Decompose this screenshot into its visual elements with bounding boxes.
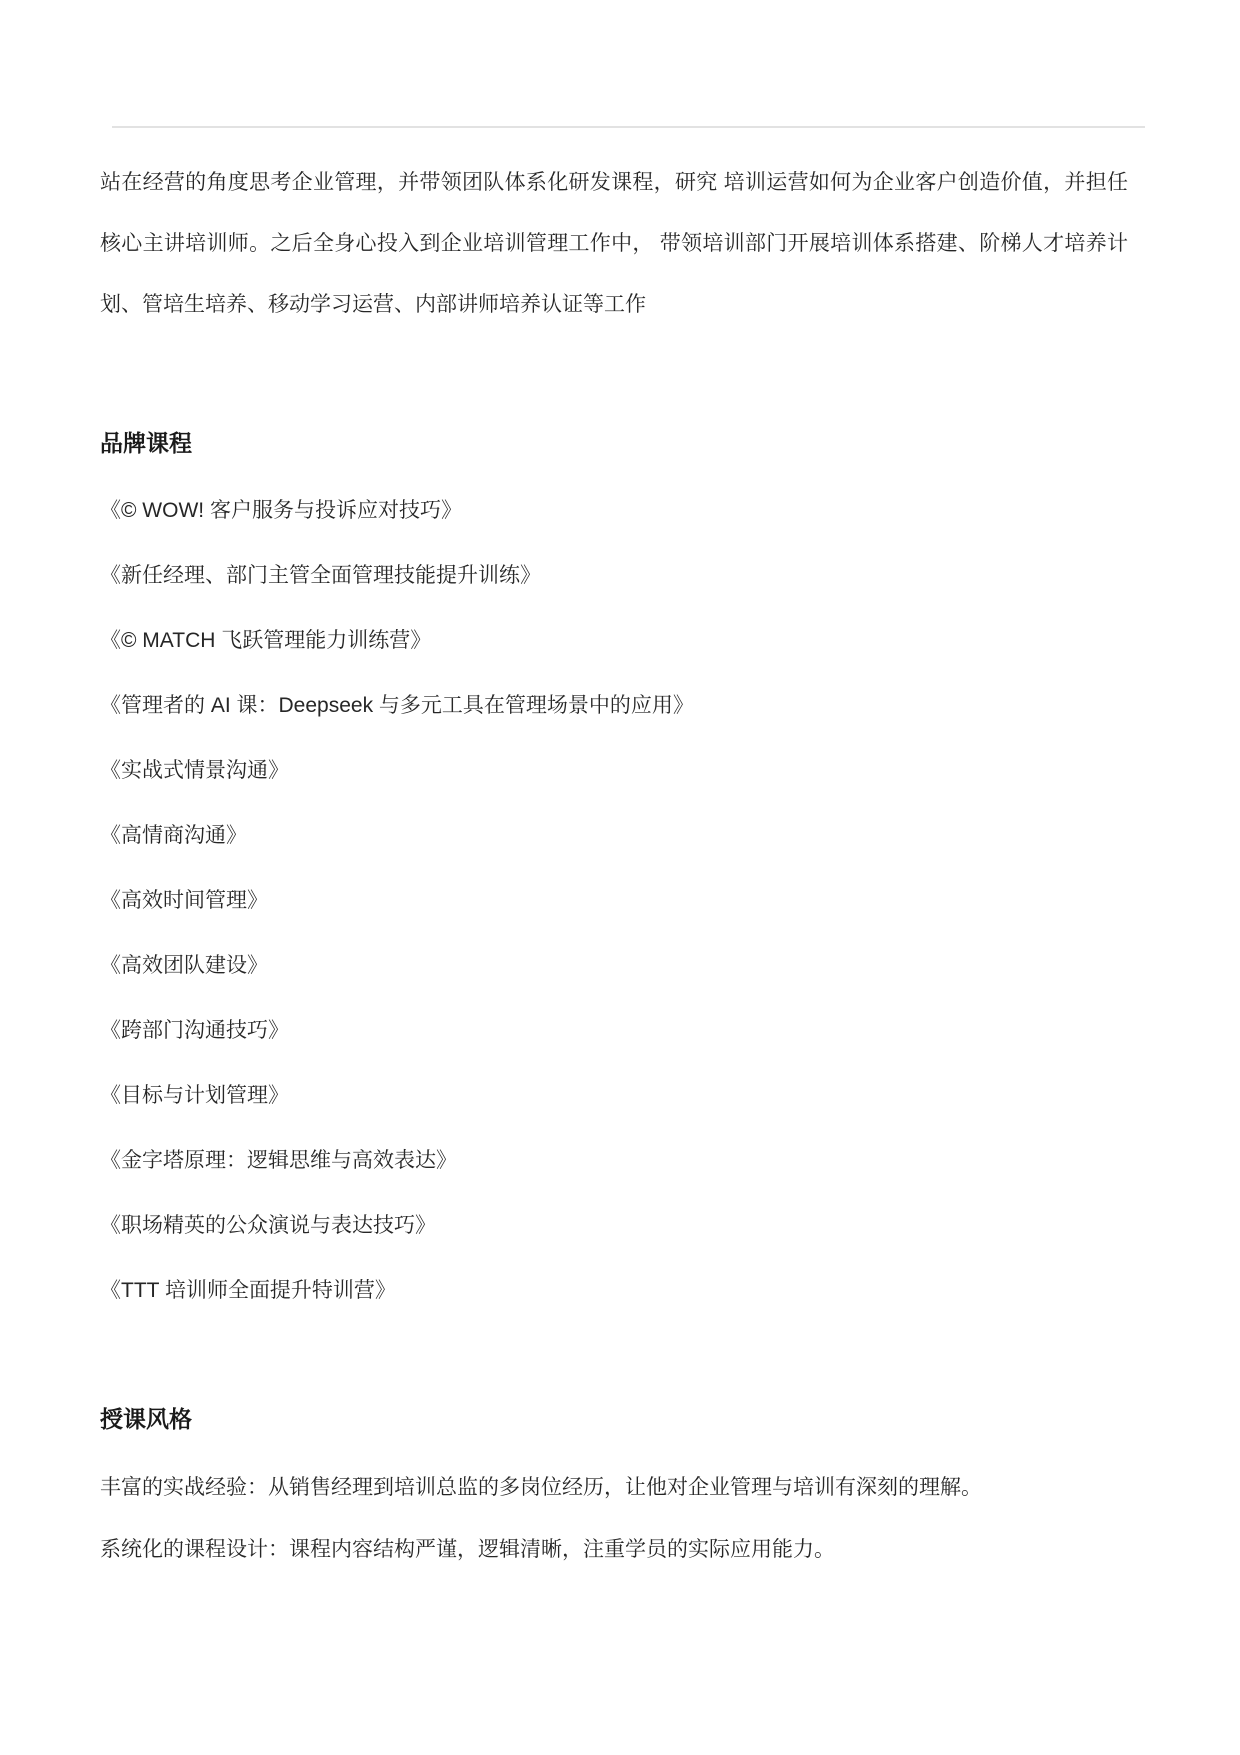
intro-paragraph: 站在经营的角度思考企业管理，并带领团队体系化研发课程，研究 培训运营如何为企业客…: [100, 152, 1128, 335]
course-item: 《© WOW! 客户服务与投诉应对技巧》: [100, 478, 1128, 543]
document-content: 站在经营的角度思考企业管理，并带领团队体系化研发课程，研究 培训运营如何为企业客…: [100, 0, 1128, 1581]
course-item: 《TTT 培训师全面提升特训营》: [100, 1258, 1128, 1323]
course-item: 《高情商沟通》: [100, 803, 1128, 868]
course-item: 《高效团队建设》: [100, 933, 1128, 998]
course-item: 《新任经理、部门主管全面管理技能提升训练》: [100, 543, 1128, 608]
course-item: 《金字塔原理：逻辑思维与高效表达》: [100, 1128, 1128, 1193]
course-item: 《管理者的 AI 课：Deepseek 与多元工具在管理场景中的应用》: [100, 673, 1128, 738]
course-item: 《实战式情景沟通》: [100, 738, 1128, 803]
course-item: 《© MATCH 飞跃管理能力训练营》: [100, 608, 1128, 673]
course-item: 《职场精英的公众演说与表达技巧》: [100, 1193, 1128, 1258]
teaching-style-list: 丰富的实战经验：从销售经理到培训总监的多岗位经历，让他对企业管理与培训有深刻的理…: [100, 1457, 1128, 1581]
course-item: 《高效时间管理》: [100, 868, 1128, 933]
course-item: 《跨部门沟通技巧》: [100, 998, 1128, 1063]
section-heading-teaching-style: 授课风格: [100, 1403, 1128, 1435]
style-item: 系统化的课程设计：课程内容结构严谨，逻辑清晰，注重学员的实际应用能力。: [100, 1519, 1128, 1581]
course-item: 《目标与计划管理》: [100, 1063, 1128, 1128]
document-page: 站在经营的角度思考企业管理，并带领团队体系化研发课程，研究 培训运营如何为企业客…: [0, 0, 1240, 1755]
brand-course-list: 《© WOW! 客户服务与投诉应对技巧》 《新任经理、部门主管全面管理技能提升训…: [100, 478, 1128, 1323]
style-item: 丰富的实战经验：从销售经理到培训总监的多岗位经历，让他对企业管理与培训有深刻的理…: [100, 1457, 1128, 1519]
section-heading-brand-courses: 品牌课程: [100, 427, 1128, 459]
